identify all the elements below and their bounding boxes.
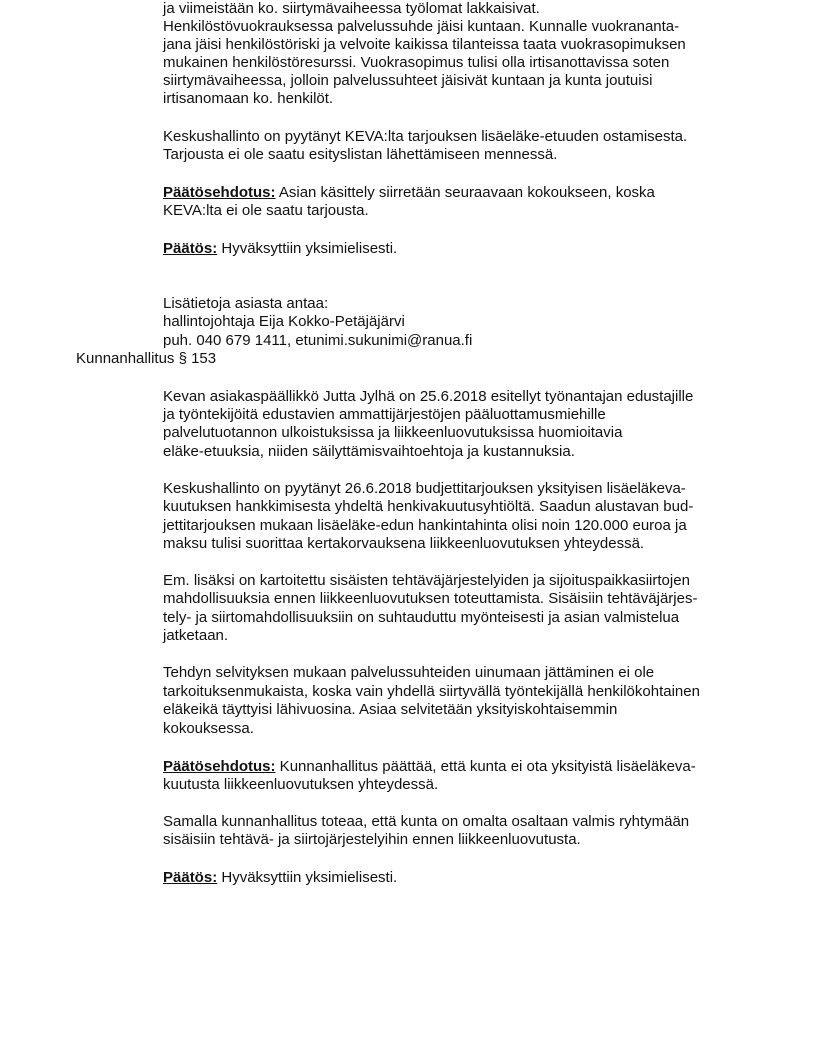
paragraph-line: maksu tulisi suorittaa kertakorvauksena … (163, 535, 644, 553)
paragraph-line: Keskushallinto on pyytänyt 26.6.2018 bud… (163, 480, 686, 498)
paragraph-line: palvelutuotannon ulkoistuksissa ja liikk… (163, 424, 622, 442)
proposal-label: Päätösehdotus: (163, 758, 276, 775)
proposal-label: Päätösehdotus: (163, 184, 276, 201)
proposal-line: Päätösehdotus: Asian käsittely siirretää… (163, 184, 655, 202)
paragraph-line: ja työntekijöitä edustavien ammattijärje… (163, 406, 606, 424)
paragraph-line: jana jäisi henkilöstöriski ja velvoite k… (163, 36, 686, 54)
paragraph-line: siirtymävaiheessa, jolloin palvelussuhte… (163, 72, 652, 90)
paragraph-line: Em. lisäksi on kartoitettu sisäisten teh… (163, 572, 690, 590)
paragraph-line: sisäisiin tehtävä- ja siirtojärjestelyih… (163, 831, 581, 849)
decision-text: Hyväksyttiin yksimielisesti. (217, 240, 397, 257)
decision-label: Päätös: (163, 869, 217, 886)
paragraph-line: irtisanomaan ko. henkilöt. (163, 90, 333, 108)
paragraph-line: Keskushallinto on pyytänyt KEVA:lta tarj… (163, 128, 687, 146)
paragraph-line: Kevan asiakaspäällikkö Jutta Jylhä on 25… (163, 388, 693, 406)
paragraph-line: mahdollisuuksia ennen liikkeenluovutukse… (163, 590, 697, 608)
contact-line: Lisätietoja asiasta antaa: (163, 295, 328, 313)
paragraph-line: kuutuksen hankkimisesta yhdeltä henkivak… (163, 498, 693, 516)
decision-line: Päätös: Hyväksyttiin yksimielisesti. (163, 869, 397, 887)
decision-text: Hyväksyttiin yksimielisesti. (217, 869, 397, 886)
paragraph-line: jettitarjouksen mukaan lisäeläke-edun ha… (163, 517, 687, 535)
paragraph-line: Tarjousta ei ole saatu esityslistan lähe… (163, 146, 557, 164)
contact-line: puh. 040 679 1411, etunimi.sukunimi@ranu… (163, 332, 472, 350)
contact-line: hallintojohtaja Eija Kokko-Petäjäjärvi (163, 313, 405, 331)
paragraph-line: ja viimeistään ko. siirtymävaiheessa työ… (163, 0, 540, 18)
paragraph-line: jatketaan. (163, 627, 228, 645)
paragraph-line: tarkoituksenmukaista, koska vain yhdellä… (163, 683, 700, 701)
paragraph-line: eläke-etuuksia, niiden säilyttämisvaihto… (163, 443, 575, 461)
paragraph-line: tely- ja siirtomahdollisuuksiin on suhta… (163, 609, 679, 627)
proposal-text: Asian käsittely siirretään seuraavaan ko… (276, 184, 655, 201)
proposal-line: Päätösehdotus: Kunnanhallitus päättää, e… (163, 758, 696, 776)
paragraph-line: mukainen henkilöstöresurssi. Vuokrasopim… (163, 54, 669, 72)
paragraph-line: eläkeikä täyttyisi lähivuosina. Asiaa se… (163, 701, 617, 719)
paragraph-line: Henkilöstövuokrauksessa palvelussuhde jä… (163, 18, 679, 36)
paragraph-line: kokouksessa. (163, 720, 254, 738)
paragraph-line: Samalla kunnanhallitus toteaa, että kunt… (163, 813, 689, 831)
decision-label: Päätös: (163, 240, 217, 257)
proposal-text: Kunnanhallitus päättää, että kunta ei ot… (276, 758, 696, 775)
proposal-line: kuutusta liikkeenluovutuksen yhteydessä. (163, 776, 438, 794)
proposal-line: KEVA:lta ei ole saatu tarjousta. (163, 202, 369, 220)
paragraph-line: Tehdyn selvityksen mukaan palvelussuhtei… (163, 664, 654, 682)
decision-line: Päätös: Hyväksyttiin yksimielisesti. (163, 240, 397, 258)
section-heading: Kunnanhallitus § 153 (76, 350, 216, 368)
